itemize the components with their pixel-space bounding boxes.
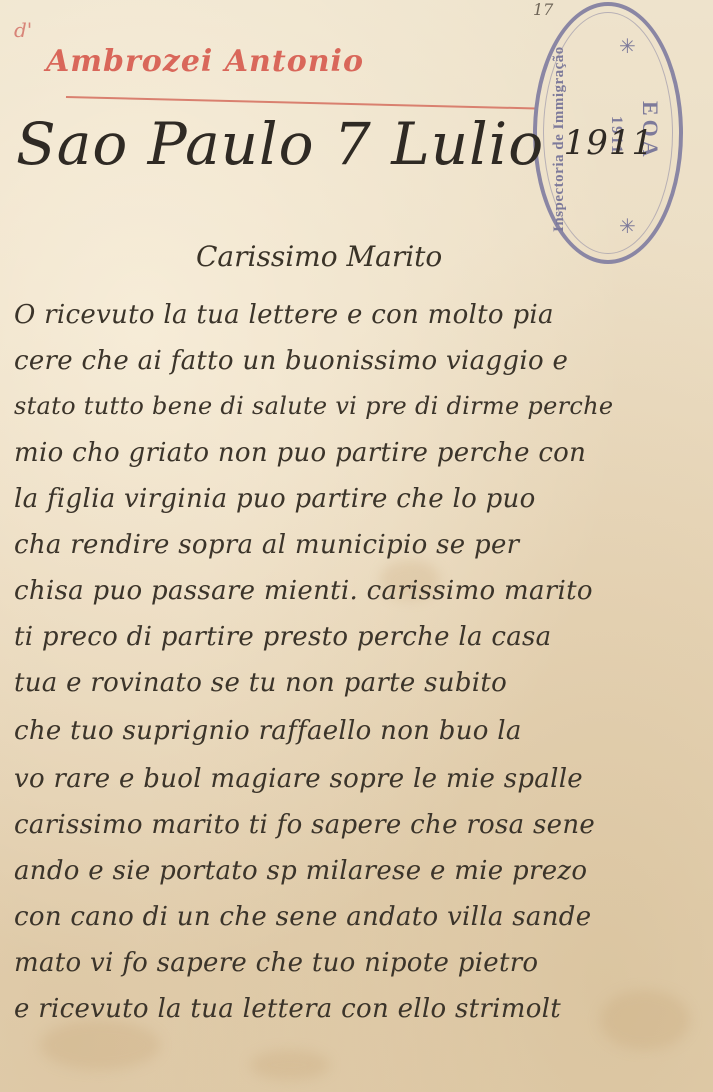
letter-line: mato vi fo sapere che tuo nipote pietro xyxy=(14,948,713,978)
paper-stain xyxy=(40,1020,160,1070)
letter-line: con cano di un che sene andato villa san… xyxy=(14,902,713,932)
stamp-star-icon: ✳ xyxy=(619,34,636,58)
date-year: 1911 xyxy=(564,123,655,163)
letter-line: che tuo suprignio raffaello non buo la xyxy=(14,716,713,746)
letter-line: vo rare e buol magiare sopre le mie spal… xyxy=(14,764,713,794)
place-date-text: Sao Paulo 7 Lulio xyxy=(16,110,544,178)
letter-line: carissimo marito ti fo sapere che rosa s… xyxy=(14,810,713,840)
letter-page: 17 d' Ambrozei Antonio Inspectoria de Im… xyxy=(0,0,713,1092)
archive-number: 17 xyxy=(533,0,553,19)
letter-line: la figlia virginia puo partire che lo pu… xyxy=(14,484,713,514)
place-and-date: Sao Paulo 7 Lulio 1911 xyxy=(16,110,713,178)
red-annotation-mark: d' xyxy=(14,18,32,42)
letter-line: O ricevuto la tua lettere e con molto pi… xyxy=(14,300,713,330)
letter-line: e ricevuto la tua lettera con ello strim… xyxy=(14,994,713,1024)
letter-line: ti preco di partire presto perche la cas… xyxy=(14,622,713,652)
letter-line: ando e sie portato sp milarese e mie pre… xyxy=(14,856,713,886)
letter-line: cha rendire sopra al municipio se per xyxy=(14,530,713,560)
addressee-underline xyxy=(66,96,536,109)
letter-line: tua e rovinato se tu non parte subito xyxy=(14,668,713,698)
addressee-name: Ambrozei Antonio xyxy=(46,44,364,79)
letter-line: mio cho griato non puo partire perche co… xyxy=(14,438,713,468)
stamp-star-icon: ✳ xyxy=(619,214,636,238)
letter-line: cere che ai fatto un buonissimo viaggio … xyxy=(14,346,713,376)
letter-line: stato tutto bene di salute vi pre di dir… xyxy=(14,392,713,420)
paper-stain xyxy=(250,1050,330,1080)
letter-line: chisa puo passare mienti. carissimo mari… xyxy=(14,576,713,606)
salutation: Carissimo Marito xyxy=(196,240,442,273)
